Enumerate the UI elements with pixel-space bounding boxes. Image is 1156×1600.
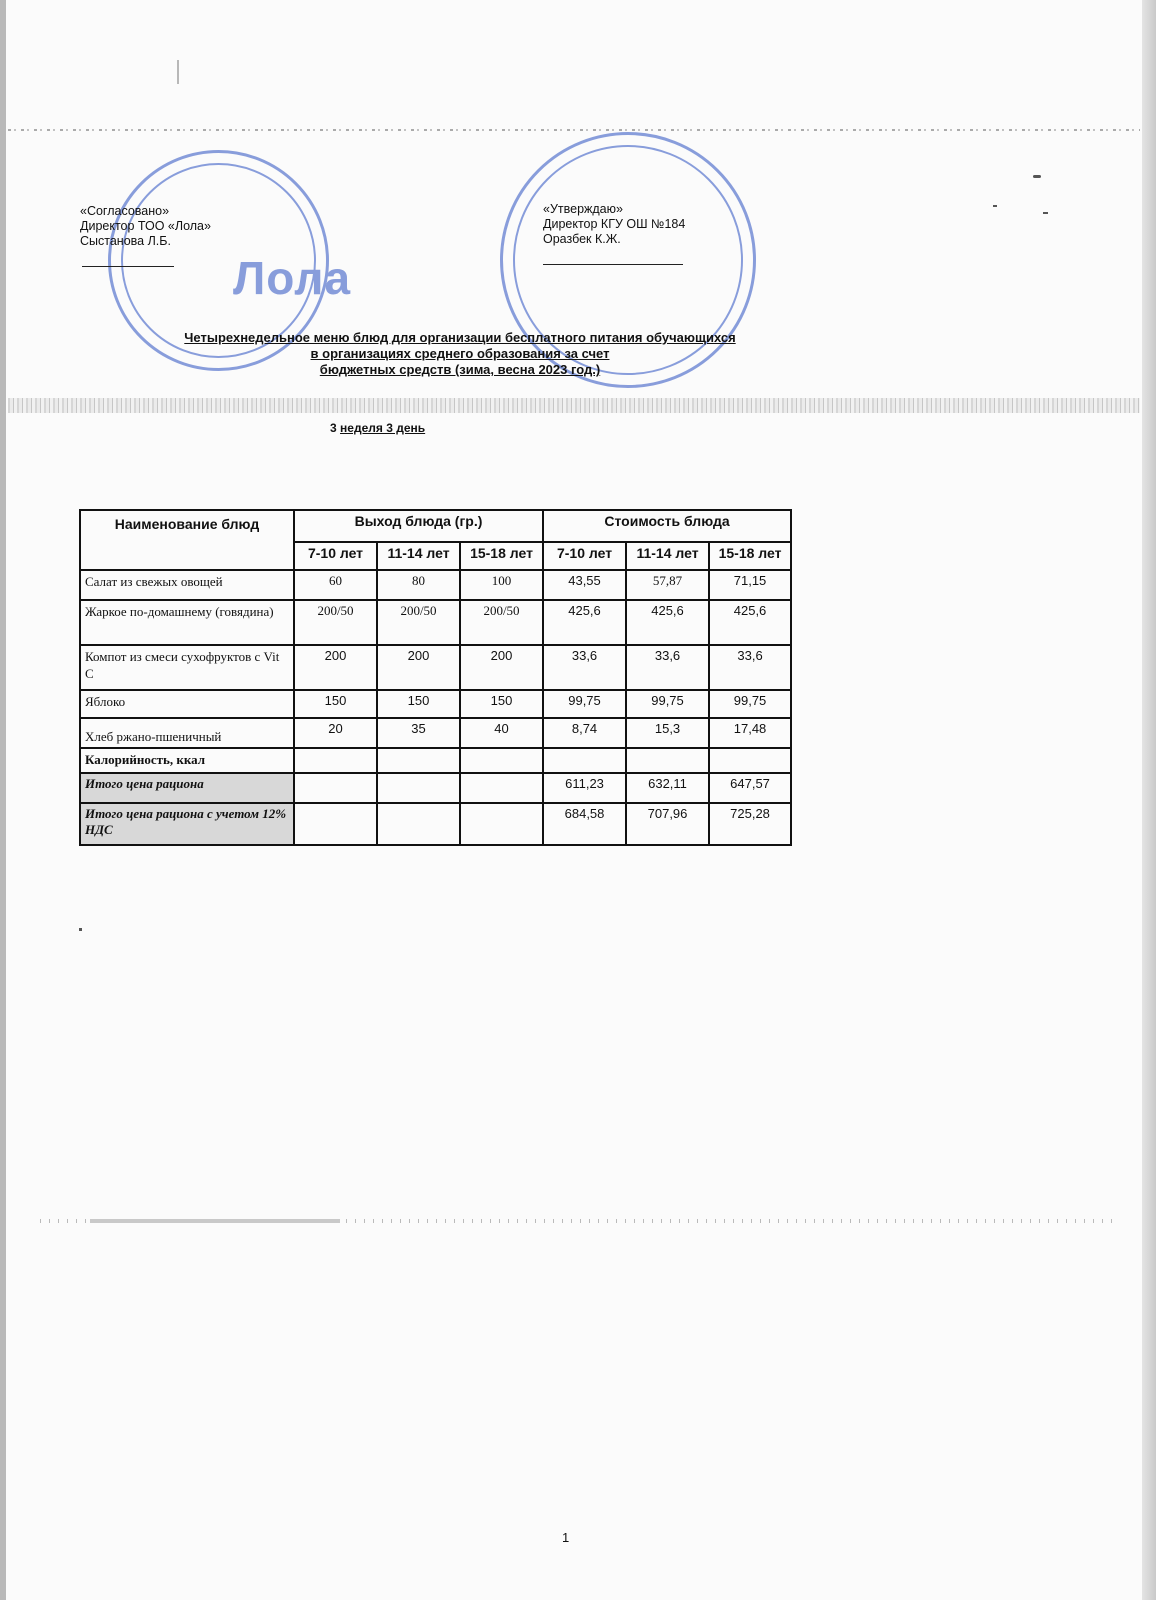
yield-cell: 35 (377, 718, 460, 748)
total-vat-cost-cell: 684,58 (543, 803, 626, 845)
yield-cell: 200 (377, 645, 460, 690)
scan-artifact-band (8, 398, 1140, 413)
header-age: 15-18 лет (460, 542, 543, 570)
scan-artifact-line (8, 129, 1140, 131)
cost-cell: 99,75 (626, 690, 709, 718)
signature-line-right (543, 264, 683, 265)
table-row: Яблоко 150 150 150 99,75 99,75 99,75 (80, 690, 791, 718)
scan-edge-left (0, 0, 6, 1600)
cost-cell: 43,55 (543, 570, 626, 600)
header-yield: Выход блюда (гр.) (294, 510, 543, 542)
cost-cell: 99,75 (543, 690, 626, 718)
scan-artifact-line-bottom (40, 1219, 1116, 1223)
yield-cell: 150 (460, 690, 543, 718)
cost-cell: 99,75 (709, 690, 791, 718)
yield-cell: 200 (294, 645, 377, 690)
title-line-2: в организациях среднего образования за с… (120, 346, 800, 362)
yield-cell: 200/50 (460, 600, 543, 645)
table-row: Хлеб ржано-пшеничный 20 35 40 8,74 15,3 … (80, 718, 791, 748)
header-cost: Стоимость блюда (543, 510, 791, 542)
dish-name: Хлеб ржано-пшеничный (80, 718, 294, 748)
dish-name: Жаркое по-домашнему (говядина) (80, 600, 294, 645)
title-line-3: бюджетных средств (зима, весна 2023 год.… (120, 362, 800, 378)
total-vat-row: Итого цена рациона с учетом 12% НДС 684,… (80, 803, 791, 845)
approval-position: Директор КГУ ОШ №184 (543, 217, 685, 232)
cost-cell: 425,6 (709, 600, 791, 645)
yield-cell: 200/50 (377, 600, 460, 645)
menu-table: Наименование блюд Выход блюда (гр.) Стои… (79, 509, 792, 846)
calories-label: Калорийность, ккал (80, 748, 294, 773)
stamp-logo-text: Лола (233, 251, 351, 305)
yield-cell: 100 (460, 570, 543, 600)
scan-edge-right (1142, 0, 1156, 1600)
yield-cell: 40 (460, 718, 543, 748)
yield-cell: 200 (460, 645, 543, 690)
total-vat-label: Итого цена рациона с учетом 12% НДС (80, 803, 294, 845)
yield-cell: 150 (377, 690, 460, 718)
cost-cell: 8,74 (543, 718, 626, 748)
cost-cell: 33,6 (709, 645, 791, 690)
dish-name: Салат из свежых овощей (80, 570, 294, 600)
table-row: Компот из смеси сухофруктов с Vit C 200 … (80, 645, 791, 690)
cost-cell: 15,3 (626, 718, 709, 748)
approval-name: Оразбек К.Ж. (543, 232, 685, 247)
total-cost-cell: 611,23 (543, 773, 626, 803)
header-age: 11-14 лет (377, 542, 460, 570)
approval-block-right: «Утверждаю» Директор КГУ ОШ №184 Оразбек… (543, 202, 685, 247)
dish-name: Компот из смеси сухофруктов с Vit C (80, 645, 294, 690)
approval-label: «Согласовано» (80, 204, 211, 219)
approval-position: Директор ТОО «Лола» (80, 219, 211, 234)
calories-row: Калорийность, ккал (80, 748, 791, 773)
total-row: Итого цена рациона 611,23 632,11 647,57 (80, 773, 791, 803)
yield-cell: 200/50 (294, 600, 377, 645)
yield-cell: 80 (377, 570, 460, 600)
approval-label: «Утверждаю» (543, 202, 685, 217)
total-label: Итого цена рациона (80, 773, 294, 803)
total-cost-cell: 632,11 (626, 773, 709, 803)
cost-cell: 57,87 (626, 570, 709, 600)
header-age: 11-14 лет (626, 542, 709, 570)
total-cost-cell: 647,57 (709, 773, 791, 803)
cost-cell: 33,6 (543, 645, 626, 690)
week-day-label: 3 неделя 3 день (330, 421, 425, 435)
cost-cell: 17,48 (709, 718, 791, 748)
dish-name: Яблоко (80, 690, 294, 718)
header-age: 15-18 лет (709, 542, 791, 570)
cost-cell: 425,6 (543, 600, 626, 645)
header-dish-name: Наименование блюд (80, 510, 294, 570)
total-vat-cost-cell: 707,96 (626, 803, 709, 845)
page-number: 1 (562, 1530, 569, 1545)
document-title: Четырехнедельное меню блюд для организац… (120, 330, 800, 378)
header-age: 7-10 лет (543, 542, 626, 570)
cost-cell: 33,6 (626, 645, 709, 690)
table-row: Салат из свежых овощей 60 80 100 43,55 5… (80, 570, 791, 600)
approval-name: Сыстанова Л.Б. (80, 234, 211, 249)
signature-line-left (82, 266, 174, 267)
cost-cell: 425,6 (626, 600, 709, 645)
cost-cell: 71,15 (709, 570, 791, 600)
yield-cell: 20 (294, 718, 377, 748)
yield-cell: 150 (294, 690, 377, 718)
table-row: Жаркое по-домашнему (говядина) 200/50 20… (80, 600, 791, 645)
header-age: 7-10 лет (294, 542, 377, 570)
title-line-1: Четырехнедельное меню блюд для организац… (120, 330, 800, 346)
total-vat-cost-cell: 725,28 (709, 803, 791, 845)
yield-cell: 60 (294, 570, 377, 600)
approval-block-left: «Согласовано» Директор ТОО «Лола» Сыстан… (80, 204, 211, 249)
